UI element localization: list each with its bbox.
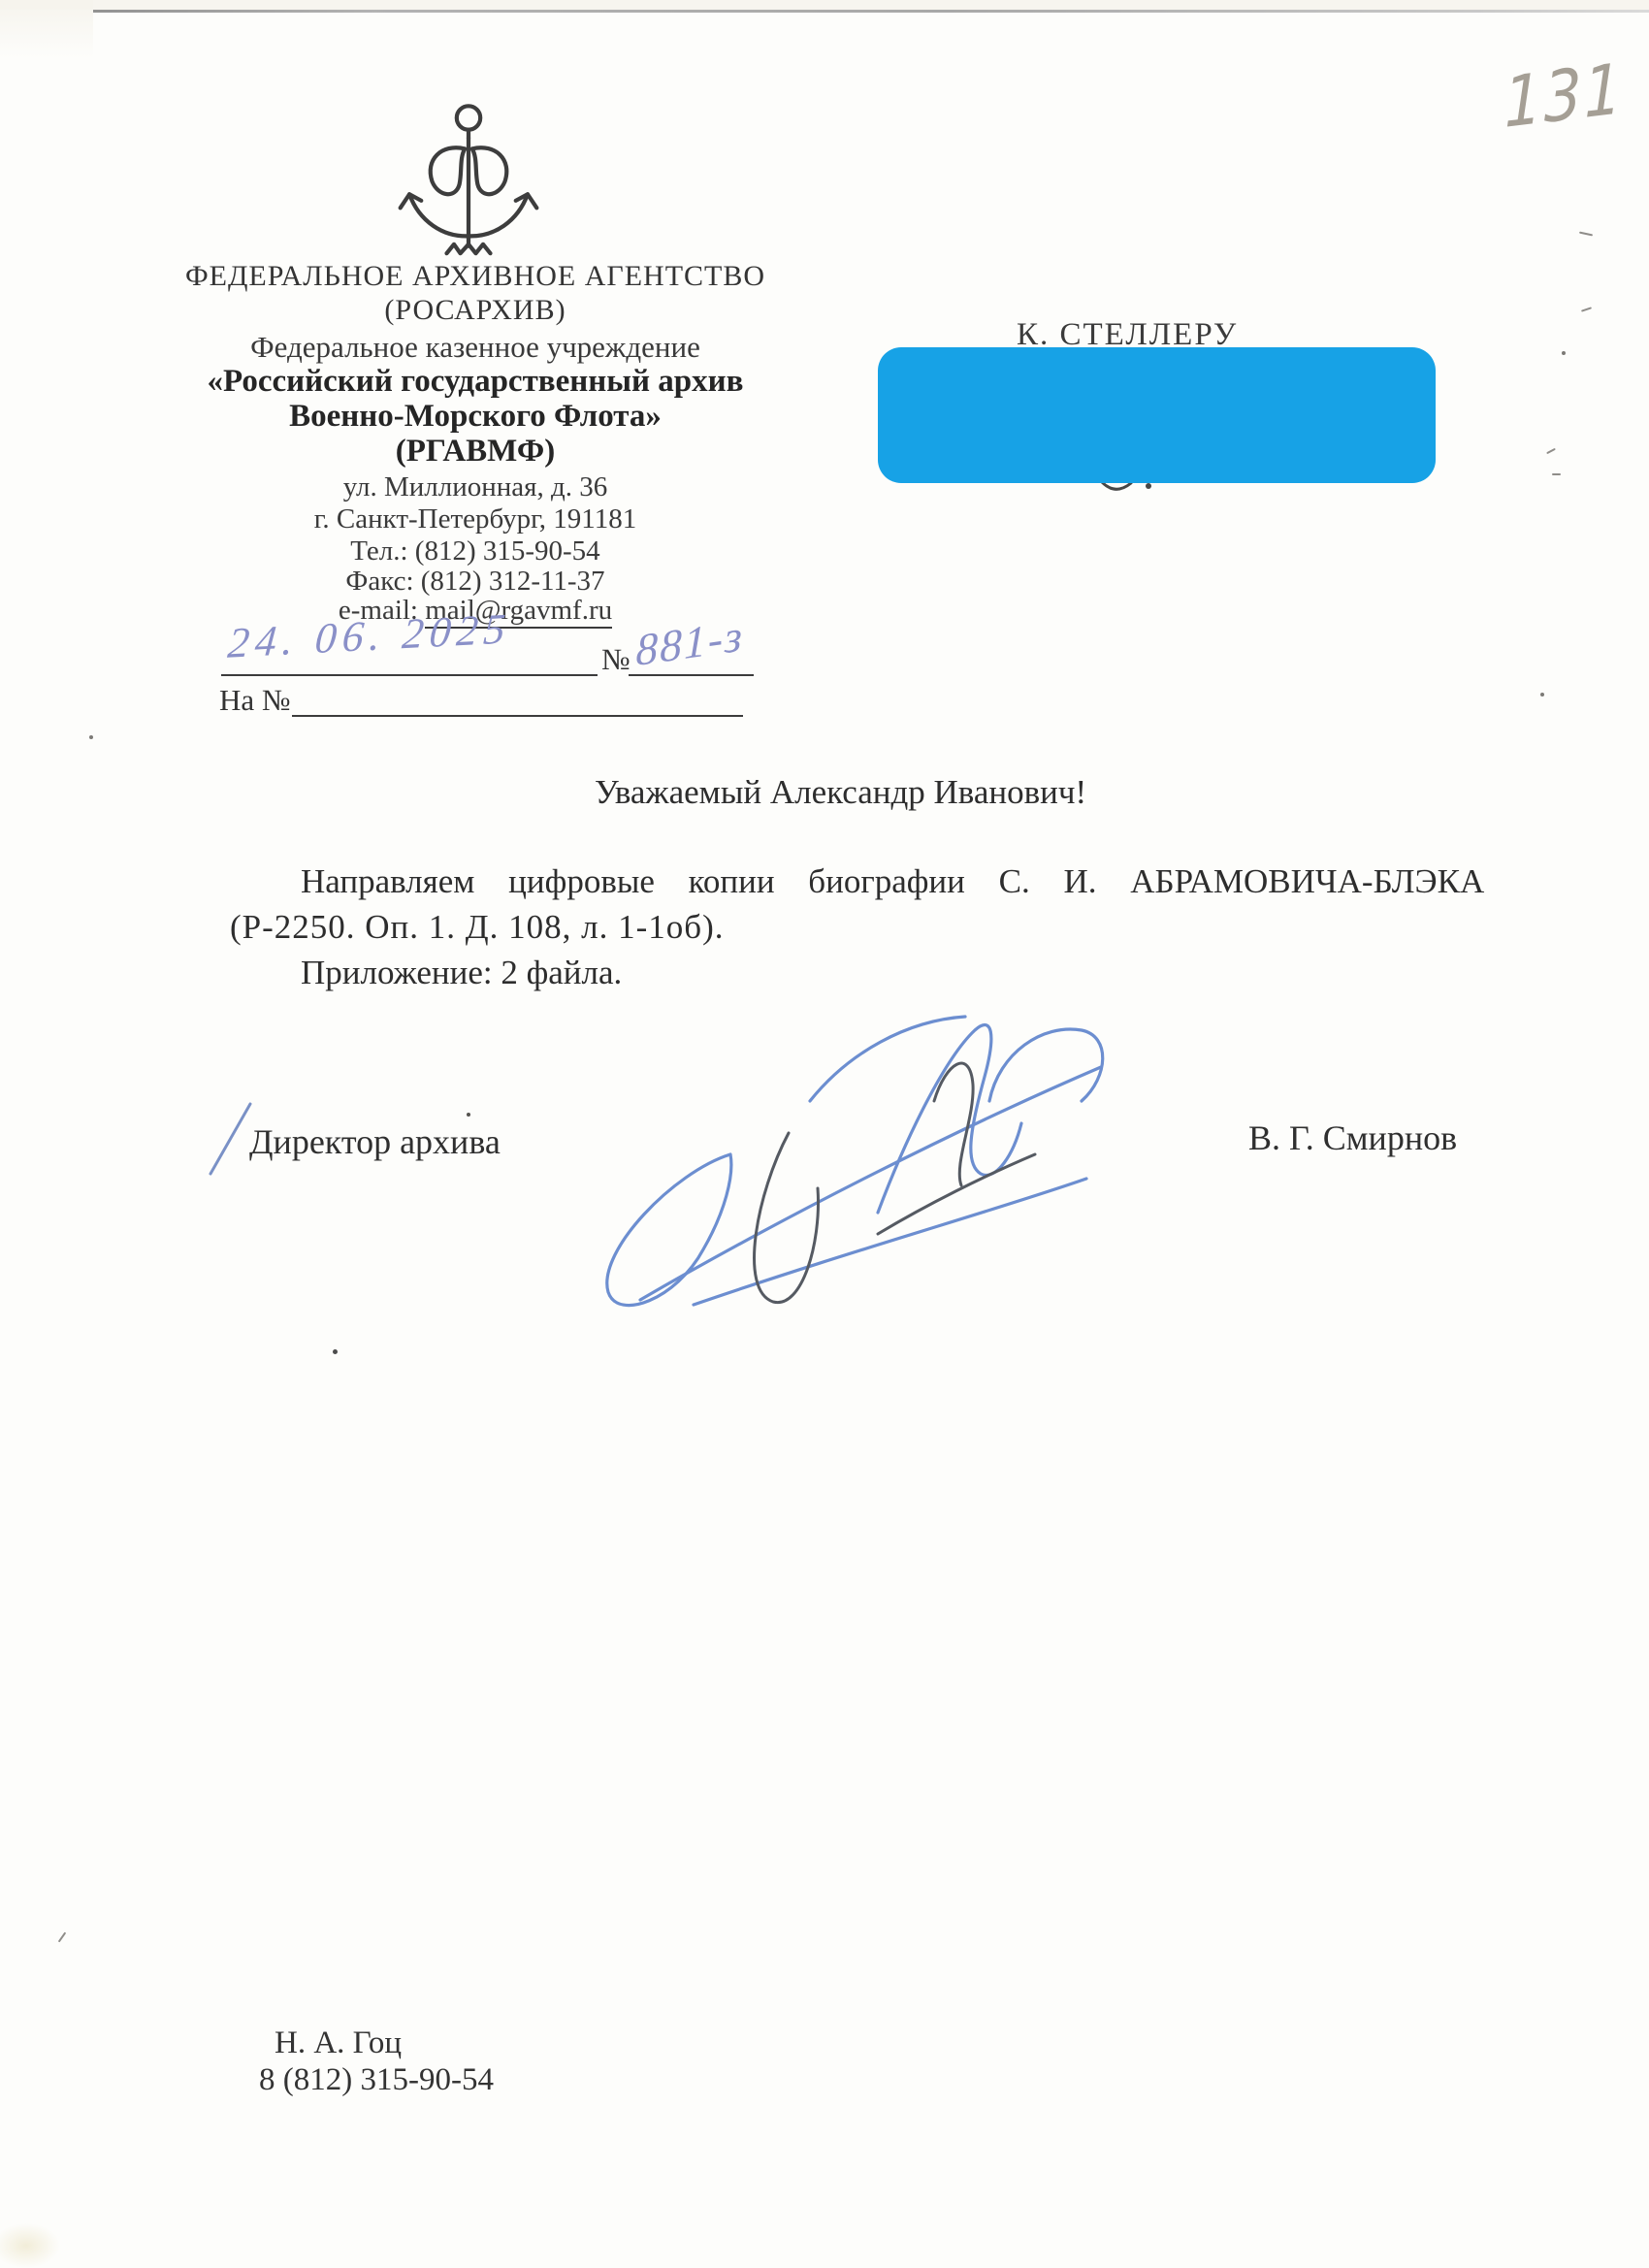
scanned-letter-page: 131 ФЕДЕРАЛЬНОЕ АРХИВНОЕ АГЕНТСТВО (РОСА… [0,0,1649,2268]
stray-ink-dot [467,1113,470,1117]
org-name-line2: Военно-Морского Флота» [136,399,815,435]
scan-speck [1540,693,1544,697]
scan-speck [1552,473,1561,475]
letterhead: ФЕДЕРАЛЬНОЕ АРХИВНОЕ АГЕНТСТВО (РОСАРХИВ… [136,0,815,679]
fax-line: Факс: (812) 312-11-37 [136,566,815,598]
agency-name: ФЕДЕРАЛЬНОЕ АРХИВНОЕ АГЕНТСТВО [136,260,815,293]
date-underline [221,674,598,676]
scan-speck [58,1932,67,1943]
salutation: Уважаемый Александр Иванович! [595,773,1086,812]
org-name-line1: «Российский государственный архив [136,364,815,400]
reply-to-label: На № [219,683,290,718]
executor-phone: 8 (812) 315-90-54 [259,2062,494,2098]
number-sign: № [601,642,630,677]
scan-speck [1581,307,1592,311]
scan-speck [1562,351,1566,355]
handwritten-page-number: 131 [1503,48,1625,145]
scan-edge-left [0,0,93,58]
signature-scribble [558,1009,1179,1329]
scan-speck [1579,232,1593,237]
reply-underline [292,715,743,717]
street-address: ул. Миллионная, д. 36 [136,471,815,503]
signer-title: Директор архива [249,1121,501,1162]
executor-name: Н. А. Гоц [275,2025,402,2061]
agency-abbr: (РОСАРХИВ) [136,294,815,327]
phone-line: Тел.: (812) 315-90-54 [136,535,815,567]
signer-name: В. Г. Смирнов [1248,1118,1457,1158]
city-address: г. Санкт-Петербург, 191181 [136,503,815,535]
body-line-3: Приложение: 2 файла. [301,954,622,992]
stray-pen-slash [199,1096,257,1183]
body-line-1: Направляем цифровые копии биографии С. И… [301,862,1484,901]
stray-ink-dot [333,1349,338,1354]
scan-speck [1546,448,1556,454]
redaction-box [878,347,1436,483]
org-type: Федеральное казенное учреждение [136,330,815,365]
scan-smudge [0,2223,60,2268]
body-line-2: (Р-2250. Оп. 1. Д. 108, л. 1-1об). [230,908,725,947]
org-abbr: (РГАВМФ) [136,434,815,470]
scan-speck [89,735,93,739]
